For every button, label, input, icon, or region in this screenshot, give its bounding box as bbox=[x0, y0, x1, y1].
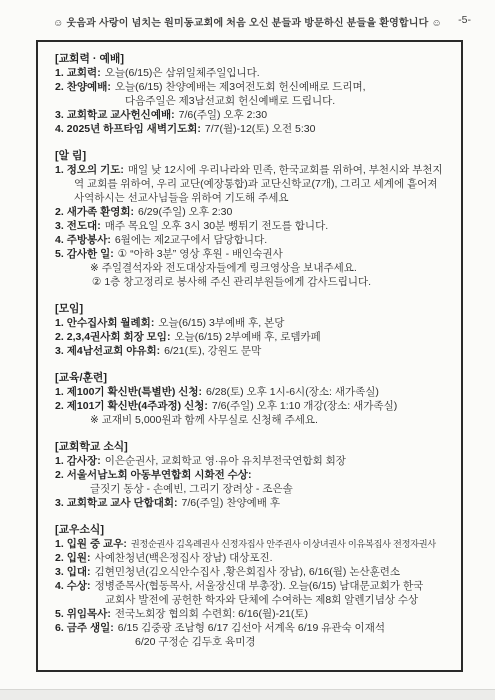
list-item: 3.전도대:매주 목요일 오후 3시 30분 뻥튀기 전도를 합니다. bbox=[55, 219, 445, 233]
list-item-continuation: 교회사 발전에 공헌한 학자와 단체에 수여하는 제8회 알렌기념상 수상 bbox=[105, 593, 445, 607]
list-item: 4.수상:정병준목사(협동목사, 서울장신대 부총장). 오늘(6/15) 남대… bbox=[55, 579, 445, 593]
item-number: 1. bbox=[55, 317, 64, 329]
item-text: 권정순권사 김옥례권사 신정자집사 안주권사 이상녀권사 이유복집사 전정자권사 bbox=[131, 539, 436, 549]
list-item: 3.입대:김현민청년(김오식안수집사 ,황은회집사 장남), 6/16(월) 논… bbox=[55, 565, 445, 579]
list-item: 6.금주 생일:6/15 김중광 조남형 6/17 김선아 서계옥 6/19 유… bbox=[55, 621, 445, 635]
item-number: 4. bbox=[55, 123, 64, 135]
list-item: 4.주방봉사:6월에는 제2교구에서 담당합니다. bbox=[55, 233, 445, 247]
section: [교우소식]1.입원 중 교우:권정순권사 김옥례권사 신정자집사 안주권사 이… bbox=[55, 523, 445, 649]
item-label: 찬양예배: bbox=[67, 81, 111, 93]
list-item-continuation: 다음주일은 제3남선교회 헌신예배로 드립니다. bbox=[125, 94, 445, 108]
item-label: 금주 생일: bbox=[67, 622, 114, 634]
item-text: 이은순권사, 교회학교 영·유아 유치부전국연합회 회장 bbox=[105, 455, 346, 467]
list-item-continuation: 글짓기 동상 - 손예빈, 그리기 장려상 - 조은솔 bbox=[90, 482, 445, 496]
list-item: 2.2,3,4권사회 회장 모임:오늘(6/15) 2부예배 후, 로뎀카페 bbox=[55, 330, 445, 344]
item-number: 2. bbox=[55, 469, 64, 481]
section-title: [교우소식] bbox=[55, 523, 445, 537]
item-text: 6월에는 제2교구에서 담당합니다. bbox=[115, 234, 267, 246]
section-title: [교회력 · 예배] bbox=[55, 52, 445, 66]
item-text: 오늘(6/15) 찬양예배는 제3여전도회 헌신예배로 드리며, bbox=[115, 81, 366, 93]
list-item: 1.입원 중 교우:권정순권사 김옥례권사 신정자집사 안주권사 이상녀권사 이… bbox=[55, 537, 445, 551]
item-text: 정병준목사(협동목사, 서울장신대 부총장). 오늘(6/15) 남대문교회가 … bbox=[95, 580, 424, 592]
item-label: 안수집사회 월례회: bbox=[67, 317, 155, 329]
list-item: 5.감사한 일:① “아하 3분” 영상 후원 - 배인숙권사 bbox=[55, 247, 445, 261]
item-label: 위임목사: bbox=[67, 608, 111, 620]
section: [알 림]1.정오의 기도:매일 낮 12시에 우리나라와 민족, 한국교회를 … bbox=[55, 149, 445, 289]
section: [교회력 · 예배]1.교회력:오늘(6/15)은 삼위일체주일입니다.2.찬양… bbox=[55, 52, 445, 136]
item-number: 4. bbox=[55, 580, 64, 592]
item-label: 2,3,4권사회 회장 모임: bbox=[67, 331, 171, 343]
item-text: 7/6(주일) 찬양예배 후 bbox=[182, 497, 280, 509]
list-item: 2.새가족 환영회:6/29(주일) 오후 2:30 bbox=[55, 205, 445, 219]
section: [교육/훈련]1.제100기 확신반(특별반) 신청:6/28(토) 오후 1시… bbox=[55, 371, 445, 427]
item-text: 6/21(토), 강원도 문막 bbox=[164, 345, 261, 357]
item-number: 3. bbox=[55, 566, 64, 578]
section: [모임]1.안수집사회 월례회:오늘(6/15) 3부예배 후, 본당2.2,3… bbox=[55, 302, 445, 358]
list-item: 2.찬양예배:오늘(6/15) 찬양예배는 제3여전도회 헌신예배로 드리며, bbox=[55, 80, 445, 94]
item-number: 1. bbox=[55, 455, 64, 467]
list-item: 1.정오의 기도:매일 낮 12시에 우리나라와 민족, 한국교회를 위하여, … bbox=[55, 163, 445, 205]
item-text: 오늘(6/15)은 삼위일체주일입니다. bbox=[105, 67, 260, 79]
list-item: 1.제100기 확신반(특별반) 신청:6/28(토) 오후 1시-6시(장소:… bbox=[55, 385, 445, 399]
item-label: 전도대: bbox=[67, 220, 101, 232]
announcements-box: [교회력 · 예배]1.교회력:오늘(6/15)은 삼위일체주일입니다.2.찬양… bbox=[36, 40, 463, 672]
item-number: 1. bbox=[55, 386, 64, 398]
section-title: [모임] bbox=[55, 302, 445, 316]
list-item-continuation: 6/20 구정순 김두호 육미경 bbox=[135, 635, 445, 649]
item-text: 사예찬청년(백은정집사 장남) 대상포진. bbox=[95, 552, 273, 564]
list-item: 1.안수집사회 월례회:오늘(6/15) 3부예배 후, 본당 bbox=[55, 316, 445, 330]
item-label: 새가족 환영회: bbox=[67, 206, 134, 218]
section-title: [교육/훈련] bbox=[55, 371, 445, 385]
item-text: 매일 낮 12시에 우리나라와 민족, 한국교회를 위하여, 부천시와 부천지역… bbox=[74, 164, 443, 204]
item-number: 2. bbox=[55, 331, 64, 343]
page-number: -5- bbox=[458, 14, 471, 26]
section-title: [교회학교 소식] bbox=[55, 440, 445, 454]
item-label: 교회학교 교사 단합대회: bbox=[67, 497, 178, 509]
list-item-continuation: ② 1층 창고정리로 봉사해 주신 관리부원들에게 감사드립니다. bbox=[92, 275, 445, 289]
item-label: 서울서남노회 아동부연합회 시화전 수상: bbox=[67, 469, 252, 481]
list-item: 3.교회학교 교사 단합대회:7/6(주일) 찬양예배 후 bbox=[55, 496, 445, 510]
list-item: 2.제101기 확신반(4주과정) 신청:7/6(주일) 오후 1:10 개강(… bbox=[55, 399, 445, 413]
item-number: 3. bbox=[55, 345, 64, 357]
item-label: 정오의 기도: bbox=[67, 164, 124, 176]
section-title: [알 림] bbox=[55, 149, 445, 163]
item-label: 교회학교 교사헌신예배: bbox=[67, 109, 175, 121]
item-number: 3. bbox=[55, 497, 64, 509]
item-number: 5. bbox=[55, 608, 64, 620]
item-text: 전국노회장 협의회 수련회: 6/16(월)-21(토) bbox=[115, 608, 308, 620]
item-text: 7/6(주일) 오후 1:10 개강(장소: 새가족실) bbox=[212, 400, 397, 412]
bulletin-page: { "header": { "welcome": "☺ 웃음과 사랑이 넘치는 … bbox=[0, 0, 495, 700]
item-number: 2. bbox=[55, 552, 64, 564]
item-number: 5. bbox=[55, 248, 64, 260]
item-number: 1. bbox=[55, 538, 64, 550]
welcome-banner: ☺ 웃음과 사랑이 넘치는 원미동교회에 처음 오신 분들과 방문하신 분들을 … bbox=[0, 14, 495, 29]
item-text: 6/28(토) 오후 1시-6시(장소: 새가족실) bbox=[206, 386, 379, 398]
list-item: 5.위임목사:전국노회장 협의회 수련회: 6/16(월)-21(토) bbox=[55, 607, 445, 621]
list-item-continuation: ※ 교재비 5,000원과 함께 사무실로 신청해 주세요. bbox=[90, 413, 445, 427]
list-item: 3.교회학교 교사헌신예배:7/6(주일) 오후 2:30 bbox=[55, 108, 445, 122]
item-text: 오늘(6/15) 2부예배 후, 로뎀카페 bbox=[174, 331, 320, 343]
item-text: 7/7(월)-12(토) 오전 5:30 bbox=[205, 123, 316, 135]
item-text: 김현민청년(김오식안수집사 ,황은회집사 장남), 6/16(월) 논산훈련소 bbox=[95, 566, 401, 578]
item-number: 2. bbox=[55, 400, 64, 412]
item-number: 2. bbox=[55, 81, 64, 93]
item-label: 감사한 일: bbox=[67, 248, 114, 260]
welcome-text: ☺ 웃음과 사랑이 넘치는 원미동교회에 처음 오신 분들과 방문하신 분들을 … bbox=[53, 18, 442, 29]
item-label: 주방봉사: bbox=[67, 234, 111, 246]
item-label: 2025년 하프타임 새벽기도회: bbox=[67, 123, 201, 135]
item-number: 3. bbox=[55, 109, 64, 121]
list-item: 1.교회력:오늘(6/15)은 삼위일체주일입니다. bbox=[55, 66, 445, 80]
item-label: 입원 중 교우: bbox=[67, 538, 127, 550]
list-item: 2.입원:사예찬청년(백은정집사 장남) 대상포진. bbox=[55, 551, 445, 565]
item-label: 교회력: bbox=[67, 67, 101, 79]
item-label: 입대: bbox=[67, 566, 91, 578]
section: [교회학교 소식]1.감사장:이은순권사, 교회학교 영·유아 유치부전국연합회… bbox=[55, 440, 445, 510]
item-number: 1. bbox=[55, 67, 64, 79]
item-label: 입원: bbox=[67, 552, 91, 564]
item-label: 제4남선교회 야유회: bbox=[67, 345, 160, 357]
list-item-continuation: ※ 주일결석자와 전도대상자들에게 링크영상을 보내주세요. bbox=[90, 261, 445, 275]
item-number: 4. bbox=[55, 234, 64, 246]
item-text: 6/29(주일) 오후 2:30 bbox=[138, 206, 232, 218]
scan-edge-artifact bbox=[0, 689, 495, 700]
item-text: ① “아하 3분” 영상 후원 - 배인숙권사 bbox=[118, 248, 283, 260]
item-text: 매주 목요일 오후 3시 30분 뻥튀기 전도를 합니다. bbox=[105, 220, 328, 232]
item-label: 수상: bbox=[67, 580, 91, 592]
item-number: 3. bbox=[55, 220, 64, 232]
item-number: 1. bbox=[55, 164, 64, 176]
item-number: 2. bbox=[55, 206, 64, 218]
item-text: 7/6(주일) 오후 2:30 bbox=[179, 109, 267, 121]
list-item: 4.2025년 하프타임 새벽기도회:7/7(월)-12(토) 오전 5:30 bbox=[55, 122, 445, 136]
item-label: 감사장: bbox=[67, 455, 101, 467]
item-number: 6. bbox=[55, 622, 64, 634]
list-item: 3.제4남선교회 야유회:6/21(토), 강원도 문막 bbox=[55, 344, 445, 358]
list-item: 2.서울서남노회 아동부연합회 시화전 수상: bbox=[55, 468, 445, 482]
item-text: 오늘(6/15) 3부예배 후, 본당 bbox=[158, 317, 284, 329]
item-text: 6/15 김중광 조남형 6/17 김선아 서계옥 6/19 유관숙 이재석 bbox=[118, 622, 385, 634]
list-item: 1.감사장:이은순권사, 교회학교 영·유아 유치부전국연합회 회장 bbox=[55, 454, 445, 468]
item-label: 제100기 확신반(특별반) 신청: bbox=[67, 386, 202, 398]
item-label: 제101기 확신반(4주과정) 신청: bbox=[67, 400, 208, 412]
